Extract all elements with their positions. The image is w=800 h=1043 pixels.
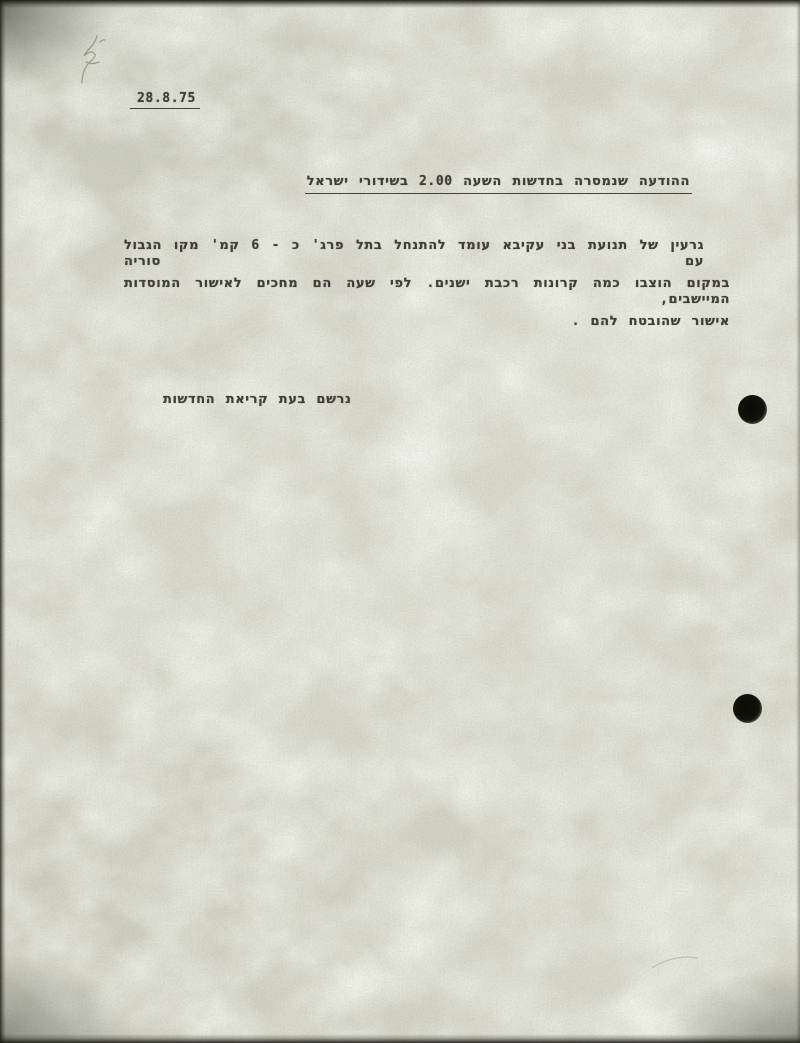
- scan-edge-right: [796, 0, 800, 1043]
- paper-texture-blotches: [0, 0, 800, 1043]
- hole-punch-dot: [738, 395, 767, 424]
- scan-edge-bottom: [0, 1034, 800, 1043]
- paper-texture-grain: [0, 0, 800, 1043]
- scanned-document-page: 28.8.75 ההודעה שנמסרה בחדשות השעה 2.00 ב…: [0, 0, 800, 1043]
- recorded-note: נרשם בעת קריאת החדשות: [163, 392, 351, 407]
- body-paragraph: גרעין של תנועת בני עקיבא עומד להתנחל בתל…: [124, 238, 730, 352]
- body-line: אישור שהובטח להם .: [124, 314, 730, 352]
- body-line: גרעין של תנועת בני עקיבא עומד להתנחל בתל…: [124, 238, 730, 276]
- scan-edge-top: [0, 0, 800, 8]
- crease-mark: [652, 957, 698, 968]
- document-title: ההודעה שנמסרה בחדשות השעה 2.00 בשידורי י…: [305, 174, 692, 194]
- handwritten-mark: [0, 0, 800, 1043]
- scan-edge-left: [0, 0, 6, 1043]
- scan-corner-shadow: [0, 0, 120, 90]
- scan-corner-shadow: [0, 953, 140, 1043]
- scan-corner-shadow: [660, 963, 800, 1043]
- date-stamp: 28.8.75: [130, 91, 200, 109]
- body-line: במקום הוצבו כמה קרונות רכבת ישנים. לפי ש…: [124, 276, 730, 314]
- hole-punch-dot: [733, 694, 762, 723]
